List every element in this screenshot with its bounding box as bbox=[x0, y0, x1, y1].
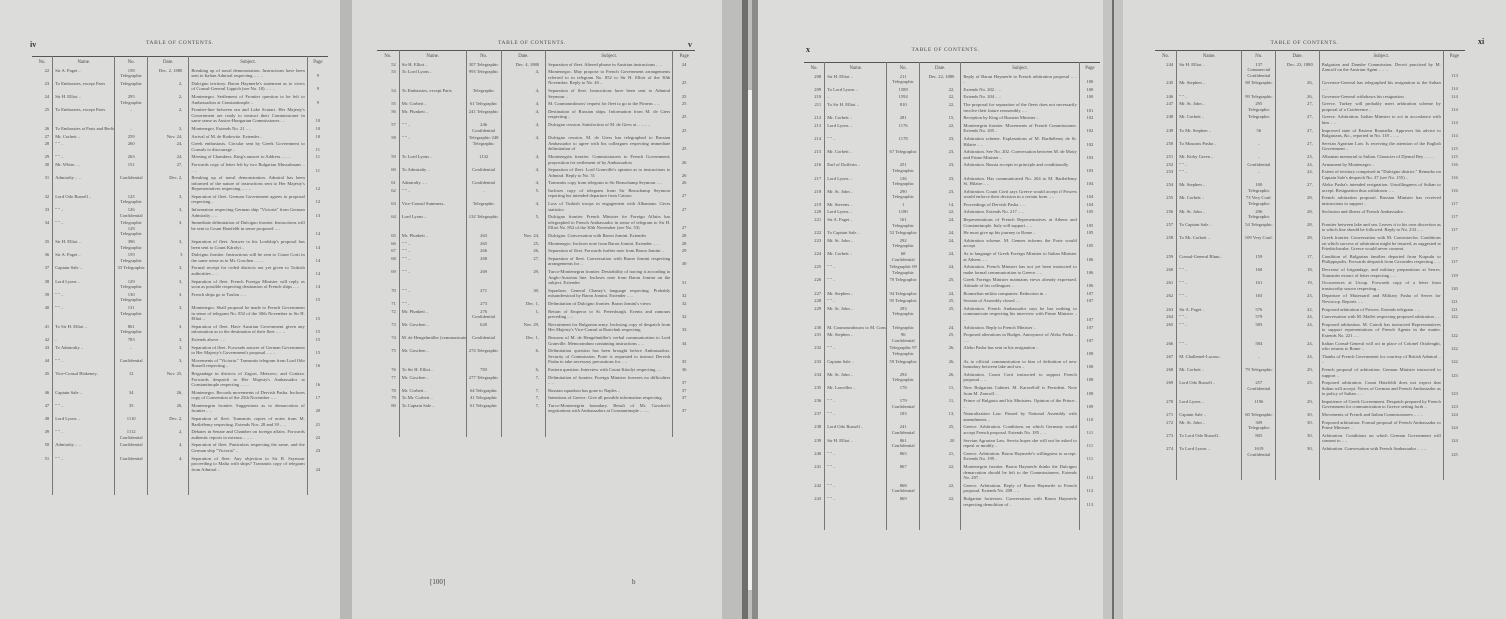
entry-number: 45 bbox=[32, 370, 53, 389]
table-row: 62" " ....5,Incloses copy of telegram fr… bbox=[377, 187, 695, 200]
subject-text: Separation of fleet. Particulars respect… bbox=[189, 441, 307, 454]
subject-text: Arbitration scheme. M. Gennes informs th… bbox=[961, 237, 1079, 250]
page-reference: 107 bbox=[1079, 331, 1100, 344]
despatch-date: 11, bbox=[919, 397, 960, 410]
despatch-number: 61 Telegraphic bbox=[466, 100, 501, 108]
entry-number: 60 bbox=[377, 166, 399, 179]
despatch-date: 2, bbox=[147, 80, 188, 93]
despatch-number: 1619 Confidential bbox=[1242, 445, 1276, 458]
entry-number: 225 bbox=[804, 263, 825, 276]
correspondent-name: " " .. bbox=[53, 428, 115, 441]
despatch-date: 3, bbox=[147, 238, 188, 251]
page-reference: 21 bbox=[307, 415, 328, 428]
column-header-page: Page bbox=[307, 57, 328, 67]
entry-number: 214 bbox=[804, 135, 825, 148]
subject-text: Breaking up of naval demonstration. Inst… bbox=[189, 67, 307, 80]
entry-number: 245 bbox=[1155, 79, 1177, 92]
despatch-date: 4, bbox=[501, 68, 546, 87]
despatch-date: Dec. 1, bbox=[501, 334, 546, 347]
despatch-number: 867 bbox=[887, 463, 920, 482]
correspondent-name: " " .. bbox=[1177, 168, 1242, 181]
correspondent-name: " " .. bbox=[53, 291, 115, 304]
table-row: 270Lord Lyons ..119629,Impatience of Gre… bbox=[1155, 398, 1465, 411]
correspondent-name: Mr. St. John .. bbox=[1177, 419, 1242, 432]
column-header-date: Date. bbox=[919, 63, 960, 73]
despatch-number: 861 Telegraphic bbox=[115, 323, 148, 336]
subject-text: Bulgarian fortresses. Conversation with … bbox=[961, 495, 1079, 508]
subject-text: He must give up his journey to Rome .. bbox=[961, 229, 1079, 237]
despatch-number: 73 Very Conf. Telegraphic bbox=[1242, 194, 1276, 207]
despatch-number: 576 bbox=[1242, 306, 1276, 314]
correspondent-name: Mr. St. John .. bbox=[825, 371, 887, 384]
entry-number: 27 bbox=[32, 133, 53, 141]
page-xi: TABLE OF CONTENTS. xi No.Name.No.Date.Su… bbox=[1123, 0, 1506, 619]
correspondent-name: " " .. bbox=[1177, 93, 1242, 101]
page-reference: 100 bbox=[1079, 86, 1100, 94]
subject-text: Departure of Mutessarif and Military Pas… bbox=[1319, 292, 1443, 305]
entry-number: 55 bbox=[377, 100, 399, 108]
despatch-date: 2, bbox=[147, 125, 188, 133]
correspondent-name: Lord Lyons .. bbox=[825, 175, 887, 188]
despatch-number: 56 bbox=[1242, 127, 1276, 140]
entry-number: 250 bbox=[1155, 140, 1177, 153]
entry-number: 217 bbox=[804, 175, 825, 188]
page-reference: 37 bbox=[673, 402, 695, 415]
column-header-subject: Subject. bbox=[546, 51, 673, 61]
page-reference: 116 bbox=[1443, 181, 1465, 194]
table-row: 23To Embassies, except ParisTelegraphic2… bbox=[32, 80, 328, 93]
table-row: 209To Lord Lyons ..158922,Extends No. 20… bbox=[804, 86, 1100, 94]
despatch-date: 24, bbox=[919, 263, 960, 276]
subject-text: Proposed arbitration. Formal proposal of… bbox=[1319, 419, 1443, 432]
despatch-number: 861 Confidential bbox=[887, 437, 920, 450]
correspondent-name: Mr. Corbett .. bbox=[1177, 366, 1242, 379]
table-row: 233Captain Sale ..59 Telegraphic26,As to… bbox=[804, 358, 1100, 371]
entry-number: 256 bbox=[1155, 208, 1177, 221]
page-reference: 27 bbox=[673, 187, 695, 200]
despatch-number: .. bbox=[115, 125, 148, 133]
subject-text: Greece. Arbitration. Italian Minister to… bbox=[1319, 113, 1443, 126]
entry-number: 23 bbox=[32, 80, 53, 93]
despatch-number: 263 bbox=[115, 153, 148, 161]
despatch-date: Nov. 24, bbox=[501, 232, 546, 240]
subject-text: Transmits copy from telegram to Sir Beau… bbox=[546, 179, 673, 187]
table-row: 35Sir H. Elliot ..396 Telegraphic3,Separ… bbox=[32, 238, 328, 251]
subject-text: Proposed arbitration. M. Cairoli has ins… bbox=[1319, 321, 1443, 340]
correspondent-name: Mr. Plunkett .. bbox=[399, 108, 466, 121]
correspondent-name: To Lord Lyons .. bbox=[399, 153, 466, 166]
despatch-number: 179 Confidential bbox=[887, 397, 920, 410]
entry-number: 46 bbox=[32, 389, 53, 402]
subject-text: Arbitration scheme. Explanations of M. B… bbox=[961, 135, 1079, 148]
correspondent-name: Mr. St. John .. bbox=[825, 188, 887, 201]
entry-number: 229 bbox=[804, 305, 825, 324]
table-row: 255Mr. Corbett ..73 Very Conf. Telegraph… bbox=[1155, 194, 1465, 207]
subject-text: Separation of fleet. Forwards further no… bbox=[546, 247, 673, 255]
entry-number: 34 bbox=[32, 219, 53, 238]
table-row: 48Lord Lyons ..1110Dec. 2,Separation of … bbox=[32, 415, 328, 428]
subject-text: Extends No. 204 .. .. bbox=[961, 93, 1079, 101]
despatch-number: 993 Telegraphic bbox=[466, 68, 501, 87]
entry-number: 35 bbox=[32, 238, 53, 251]
despatch-date: 25, bbox=[919, 305, 960, 324]
despatch-number: 295 Telegraphic bbox=[1242, 100, 1276, 113]
despatch-number: 159 bbox=[1242, 253, 1276, 266]
subject-text: Proposed arbitration. Count Hatzfeldt do… bbox=[1319, 379, 1443, 398]
despatch-number: Telegraphic 248 Telegraphic bbox=[466, 134, 501, 153]
despatch-date: 27, bbox=[1276, 140, 1319, 153]
page-reference: 116 bbox=[1443, 168, 1465, 181]
page-reference: 25 bbox=[673, 87, 695, 100]
table-row: 259Consul-General Blunt..15917,Condition… bbox=[1155, 253, 1465, 266]
page-reference: 104 bbox=[1079, 188, 1100, 201]
correspondent-name: Mr. Corbett .. bbox=[1177, 194, 1242, 207]
entry-number: 24 bbox=[32, 93, 53, 106]
despatch-number: 60 Telegraphic bbox=[1242, 411, 1276, 419]
entry-number: 50 bbox=[32, 441, 53, 454]
correspondent-name: Sir H. Elliot .. bbox=[53, 238, 115, 251]
table-row: 249To Mr. Stephen ..5627,Improved state … bbox=[1155, 127, 1465, 140]
entry-number: 243 bbox=[804, 495, 825, 508]
entry-number: 73 bbox=[377, 321, 399, 334]
entry-number: 252 bbox=[1155, 161, 1177, 169]
page-reference: 10 bbox=[307, 133, 328, 141]
despatch-number: 1176 bbox=[887, 122, 920, 135]
correspondent-name: " " .. bbox=[1177, 313, 1242, 321]
entry-number: 43 bbox=[32, 344, 53, 357]
subject-text: Greece. Arbitration. Reply of Baron Haym… bbox=[961, 482, 1079, 495]
despatch-date: 30, bbox=[1276, 411, 1319, 419]
despatch-number: Telegraphic bbox=[115, 80, 148, 93]
page-reference: 108 bbox=[1079, 371, 1100, 384]
entry-number: 48 bbox=[32, 415, 53, 428]
page-reference: 100 bbox=[1079, 73, 1100, 86]
despatch-number: 130 Telegraphic bbox=[115, 291, 148, 304]
subject-text: French arbitration proposal. Russian Min… bbox=[1319, 194, 1443, 207]
despatch-number: 263 bbox=[466, 232, 501, 240]
despatch-number: 869 bbox=[887, 495, 920, 508]
despatch-number: 54 Telegraphic bbox=[1242, 221, 1276, 234]
correspondent-name: To Admiralty .. bbox=[53, 344, 115, 357]
page-reference: 121 bbox=[1443, 292, 1465, 305]
despatch-date: Dec. 1, bbox=[501, 300, 546, 308]
table-row: 251Mr. Kirby Green ....23,Albanian memor… bbox=[1155, 153, 1465, 161]
subject-text: Frontier-line between sea and Lake Scuta… bbox=[189, 106, 307, 125]
page-reference: 24 bbox=[673, 61, 695, 69]
table-row: 78Mr. Corbett ..64 Telegraphic7,Russian … bbox=[377, 387, 695, 395]
despatch-date: Dec. 2, bbox=[147, 415, 188, 428]
despatch-number: 273 bbox=[466, 300, 501, 308]
entry-number: 273 bbox=[1155, 432, 1177, 445]
subject-text: Proceedings of Dervish Pasha .. .. bbox=[961, 201, 1079, 209]
subject-text: Arbitration. French Ambassador says he h… bbox=[961, 305, 1079, 324]
entry-number: 242 bbox=[804, 482, 825, 495]
despatch-number: .. bbox=[1242, 140, 1276, 153]
despatch-number: 12 bbox=[115, 370, 148, 389]
page-reference: 15 bbox=[307, 291, 328, 304]
despatch-number: 79 Telegraphic bbox=[1242, 366, 1276, 379]
despatch-number: 396 Telegraphic bbox=[115, 238, 148, 251]
subject-text: Occurrences at Uscup. Forwards copy of a… bbox=[1319, 279, 1443, 292]
page-reference: 16 bbox=[307, 357, 328, 370]
despatch-date: 2, bbox=[147, 106, 188, 125]
entry-number: 54 bbox=[377, 87, 399, 100]
subject-text: Return of Emperor to St. Petersburgh. Ev… bbox=[546, 308, 673, 321]
despatch-date: Nov. 25, bbox=[147, 370, 188, 389]
table-row: 69" " ..26929,Turco-Montenegrin frontier… bbox=[377, 268, 695, 287]
correspondent-name: Vice-Consul Summers.. bbox=[399, 200, 466, 213]
despatch-date: 23, bbox=[919, 175, 960, 188]
despatch-date: 1, bbox=[501, 308, 546, 321]
page-reference: 112 bbox=[1079, 482, 1100, 495]
table-row: 263Sir A. Paget ..57622,Proposed arbitra… bbox=[1155, 306, 1465, 314]
subject-text: Arrival of M. de Radowitz. Extender .. bbox=[189, 133, 307, 141]
despatch-date: 22, bbox=[919, 482, 960, 495]
table-row: 60To Admiralty ..Confidential4,Separatio… bbox=[377, 166, 695, 179]
table-row: 239Sir H. Elliot ..861 Confidential20Ser… bbox=[804, 437, 1100, 450]
subject-text: Servian Agrarian Law. Is receiving the a… bbox=[1319, 140, 1443, 153]
despatch-number: 259 bbox=[115, 133, 148, 141]
subject-text: Dulcigno cession. Satisfaction of M. de … bbox=[546, 121, 673, 134]
despatch-date: 23, bbox=[1276, 292, 1319, 305]
despatch-number: 805 bbox=[1242, 432, 1276, 445]
correspondent-name: Sir H. Elliot .. bbox=[825, 73, 887, 86]
entry-number: 62 bbox=[377, 187, 399, 200]
despatch-date: 27, bbox=[1276, 127, 1319, 140]
page-reference: 102 bbox=[1079, 135, 1100, 148]
despatch-number: 296 Telegraphic bbox=[1242, 208, 1276, 221]
entry-number: 262 bbox=[1155, 292, 1177, 305]
page-reference: 104 bbox=[1079, 201, 1100, 209]
correspondent-name: .. bbox=[825, 93, 887, 101]
entry-number: 57 bbox=[377, 121, 399, 134]
table-row: 31Admiralty .. ..ConfidentialDec. 2,Brea… bbox=[32, 174, 328, 193]
column-header-name: Name. bbox=[399, 51, 466, 61]
correspondent-name: " " .. bbox=[825, 297, 887, 305]
contents-table: No.Name.No.Date.Subject.Page52Sir H. Ell… bbox=[377, 50, 695, 437]
entry-number: 211 bbox=[804, 101, 825, 114]
page-reference: 20 bbox=[307, 402, 328, 415]
despatch-number: 620 bbox=[466, 321, 501, 334]
correspondent-name: Sir A. Paget .. bbox=[53, 67, 115, 80]
correspondent-name: M. Challemel-Lacour.. bbox=[1177, 353, 1242, 366]
table-filler bbox=[804, 508, 1100, 530]
table-row: 229Mr. St. John ..293 Telegraphic25,Arbi… bbox=[804, 305, 1100, 324]
subject-text: Dulcigno. Conversation with Baron Jomini… bbox=[546, 232, 673, 240]
despatch-date: Dec. 4, 1880 bbox=[501, 61, 546, 69]
correspondent-name: Mr. Stephen .. bbox=[825, 290, 887, 298]
table-row: 50Admiralty .. ..Confidential4,Separatio… bbox=[32, 441, 328, 454]
table-row: 243" " ..86922,Bulgarian fortresses. Con… bbox=[804, 495, 1100, 508]
entry-number: 38 bbox=[32, 278, 53, 291]
despatch-number: .. bbox=[115, 106, 148, 125]
table-row: 261" " ..16119,Occurrences at Uscup. For… bbox=[1155, 279, 1465, 292]
page-reference: 117 bbox=[1443, 234, 1465, 253]
subject-text: Session of Assembly closed .. .. bbox=[961, 297, 1079, 305]
page-reference: 106 bbox=[1079, 276, 1100, 289]
correspondent-name: Lord Odo Russell .. bbox=[825, 423, 887, 436]
table-row: 80To Captain Sale ..61 Telegraphic7,Turc… bbox=[377, 402, 695, 415]
correspondent-name: Mr. Corbett .. bbox=[399, 100, 466, 108]
table-row: 212Mr. Corbett ..28115,Reception by King… bbox=[804, 114, 1100, 122]
entry-number: 65 bbox=[377, 232, 399, 240]
page-reference: 124 bbox=[1443, 419, 1465, 432]
despatch-date: 24, bbox=[1276, 168, 1319, 181]
table-row: 252" " ..Confidential24,Armament by Mont… bbox=[1155, 161, 1465, 169]
subject-text: Montenegro. Settlement of Frontier quest… bbox=[189, 93, 307, 106]
page-reference: 114 bbox=[1443, 79, 1465, 92]
table-row: 224Mr. Corbett ..68 Confidential24,As to… bbox=[804, 250, 1100, 263]
correspondent-name: " " .. bbox=[399, 255, 466, 268]
despatch-date: Dec. 22, 1880 bbox=[919, 73, 960, 86]
correspondent-name: " " .. bbox=[399, 240, 466, 248]
despatch-number: 68 Confidential bbox=[887, 250, 920, 263]
entry-number: 237 bbox=[804, 410, 825, 423]
despatch-date: 24, bbox=[919, 324, 960, 332]
despatch-date: 25, bbox=[501, 240, 546, 248]
despatch-number: 783 bbox=[115, 336, 148, 344]
entry-number: 263 bbox=[1155, 306, 1177, 314]
entry-number: 44 bbox=[32, 357, 53, 370]
correspondent-name: Lord Lyons .. bbox=[825, 122, 887, 135]
despatch-number: 98 Telegraphic bbox=[1242, 79, 1276, 92]
table-row: 39" " ..130 Telegraphic3,French ships go… bbox=[32, 291, 328, 304]
subject-text: Montenegrin frontier. Movements of Frenc… bbox=[961, 122, 1079, 135]
subject-text: Information respecting German ship "Vict… bbox=[189, 206, 307, 219]
despatch-date: 4, bbox=[501, 108, 546, 121]
entry-number: 77 bbox=[377, 374, 399, 387]
correspondent-name: Mr. St. John .. bbox=[825, 237, 887, 250]
despatch-number: .. bbox=[1242, 353, 1276, 366]
despatch-number: 241 Confidential bbox=[887, 423, 920, 436]
table-row: 245Mr. Stephen ..98 Telegraphic26,Govern… bbox=[1155, 79, 1465, 92]
despatch-date: 28, bbox=[1276, 194, 1319, 207]
page-reference: 114 bbox=[1443, 127, 1465, 140]
correspondent-name: To Lord Odo Russell.. bbox=[1177, 432, 1242, 445]
column-header-no: No. bbox=[1155, 51, 1177, 61]
entry-number: 40 bbox=[32, 304, 53, 323]
page-reference: 32 bbox=[673, 300, 695, 308]
page-reference: 17 bbox=[307, 389, 328, 402]
table-row: 230M. Coumoundouros to M. ConstantidesTe… bbox=[804, 324, 1100, 332]
table-row: 45Vice-Consul Blakeney..12Nov. 25,Brigan… bbox=[32, 370, 328, 389]
despatch-date: 5, bbox=[501, 213, 546, 232]
entry-number: 210 bbox=[804, 93, 825, 101]
subject-text: Extends above .. .. bbox=[189, 336, 307, 344]
despatch-number: 246 Confidential bbox=[466, 121, 501, 134]
correspondent-name: " " .. bbox=[825, 495, 887, 508]
correspondent-name: " " .. bbox=[399, 300, 466, 308]
table-row: 274To Lord Lyons ..1619 Confidential30,A… bbox=[1155, 445, 1465, 458]
correspondent-name: " " .. bbox=[399, 247, 466, 255]
despatch-number: 1132 bbox=[466, 153, 501, 166]
correspondent-name: " " .. bbox=[825, 450, 887, 463]
despatch-date: 20 bbox=[919, 437, 960, 450]
despatch-date: 4, bbox=[501, 166, 546, 179]
correspondent-name: " " .. bbox=[399, 187, 466, 200]
page-reference: 116 bbox=[1443, 161, 1465, 169]
subject-text: Dulcigno cession. M. de Giers has telegr… bbox=[546, 134, 673, 153]
entry-number: 58 bbox=[377, 134, 399, 153]
table-row: 241" " ..86722,Montenegrin frontier. Bar… bbox=[804, 463, 1100, 482]
despatch-date: 26, bbox=[1276, 79, 1319, 92]
despatch-date: 7, bbox=[501, 394, 546, 402]
table-row: 234Mr. St. John ..294 Telegraphic26,Arbi… bbox=[804, 371, 1100, 384]
subject-text: French ships go to Toulon .. .. bbox=[189, 291, 307, 304]
table-row: 64Lord Lyons ..132 Telegraphic5,Dulcigno… bbox=[377, 213, 695, 232]
table-row: 265" " ..58324,Proposed arbitration. M. … bbox=[1155, 321, 1465, 340]
subject-text: Condition of Bulgarian families deported… bbox=[1319, 253, 1443, 266]
page-reference: 25 bbox=[673, 68, 695, 87]
despatch-number: 95 Telegraphic bbox=[887, 297, 920, 305]
page-reference: 114 bbox=[1443, 113, 1465, 126]
entry-number: 258 bbox=[1155, 234, 1177, 253]
subject-text: Separation of fleet. German Government a… bbox=[189, 193, 307, 206]
table-row: 38Lord Lyons ..129 Telegraphic3,Separati… bbox=[32, 278, 328, 291]
correspondent-name: " " .. bbox=[825, 463, 887, 482]
despatch-number: Confidential bbox=[115, 441, 148, 454]
page-reference: 108 bbox=[1079, 358, 1100, 371]
table-row: 258To Mr. Corbett ..109 Very Conf.28,Gre… bbox=[1155, 234, 1465, 253]
despatch-number: 1 bbox=[887, 201, 920, 209]
despatch-date: 26, bbox=[1276, 93, 1319, 101]
despatch-number: 67 Telegraphic bbox=[887, 148, 920, 161]
despatch-date: 3, bbox=[147, 206, 188, 219]
entry-number: 30 bbox=[32, 161, 53, 174]
subject-text: Montenegrin frontier. Suggestions as to … bbox=[189, 402, 307, 415]
table-row: 47" " ..3526,Montenegrin frontier. Sugge… bbox=[32, 402, 328, 415]
table-row: 53To Lord Lyons ..993 Telegraphic4,Monte… bbox=[377, 68, 695, 87]
page-reference: 32 bbox=[673, 308, 695, 321]
contents-table: No.Name.No.Date.Subject.Page208Sir H. El… bbox=[804, 62, 1100, 530]
page-reference: 26 bbox=[673, 179, 695, 187]
despatch-date: 22, bbox=[919, 86, 960, 94]
table-row: 30Mr. White.. ..15127,Forwards copy of l… bbox=[32, 161, 328, 174]
correspondent-name: Mr. Corbett .. bbox=[53, 133, 115, 141]
entry-number: 66 bbox=[377, 240, 399, 248]
subject-text: Destination of Russian ships. Informatio… bbox=[546, 108, 673, 121]
entry-number: 213 bbox=[804, 122, 825, 135]
despatch-date: 30, bbox=[1276, 419, 1319, 432]
table-row: 68" " ..26827,Separation of fleet. Conve… bbox=[377, 255, 695, 268]
page-reference: 15 bbox=[307, 323, 328, 336]
despatch-number: 132 Telegraphic bbox=[466, 213, 501, 232]
subject-text: Intentions of Greece. Give all possible … bbox=[546, 394, 673, 402]
despatch-number: 583 bbox=[1242, 321, 1276, 340]
page-reference: 34 bbox=[673, 334, 695, 347]
despatch-number: 281 bbox=[887, 114, 920, 122]
correspondent-name: To Mr. Corbett .. bbox=[1177, 234, 1242, 253]
entry-number: 235 bbox=[804, 384, 825, 397]
column-header-page: Page bbox=[1443, 51, 1465, 61]
despatch-number: Confidential bbox=[466, 179, 501, 187]
table-row: 266" " ..58424,Italian Consul-General wi… bbox=[1155, 340, 1465, 353]
correspondent-name: To Captain Sale .. bbox=[399, 402, 466, 415]
entry-number: 59 bbox=[377, 153, 399, 166]
entry-number: 264 bbox=[1155, 313, 1177, 321]
subject-text: Albanian memorial to Sultan. Character o… bbox=[1319, 153, 1443, 161]
subject-text: Montenegro. Records movements of Dervish… bbox=[189, 389, 307, 402]
table-row: 28" " ..26024,Greek enthusiasts. Circula… bbox=[32, 140, 328, 153]
table-row: 226" " ..70 Telegraphic25,Greek Foreign … bbox=[804, 276, 1100, 289]
subject-text: Reception by King of Russian Minister .. bbox=[961, 114, 1079, 122]
correspondent-name: To Lord Lyons .. bbox=[1177, 445, 1242, 458]
subject-text: Separation of fleet. Altered phrase in A… bbox=[546, 61, 673, 69]
correspondent-name: Mr. Goschen .. bbox=[399, 374, 466, 387]
despatch-number: 251 Telegraphic bbox=[887, 161, 920, 174]
entry-number: 37 bbox=[32, 264, 53, 277]
entry-number: 56 bbox=[377, 108, 399, 121]
